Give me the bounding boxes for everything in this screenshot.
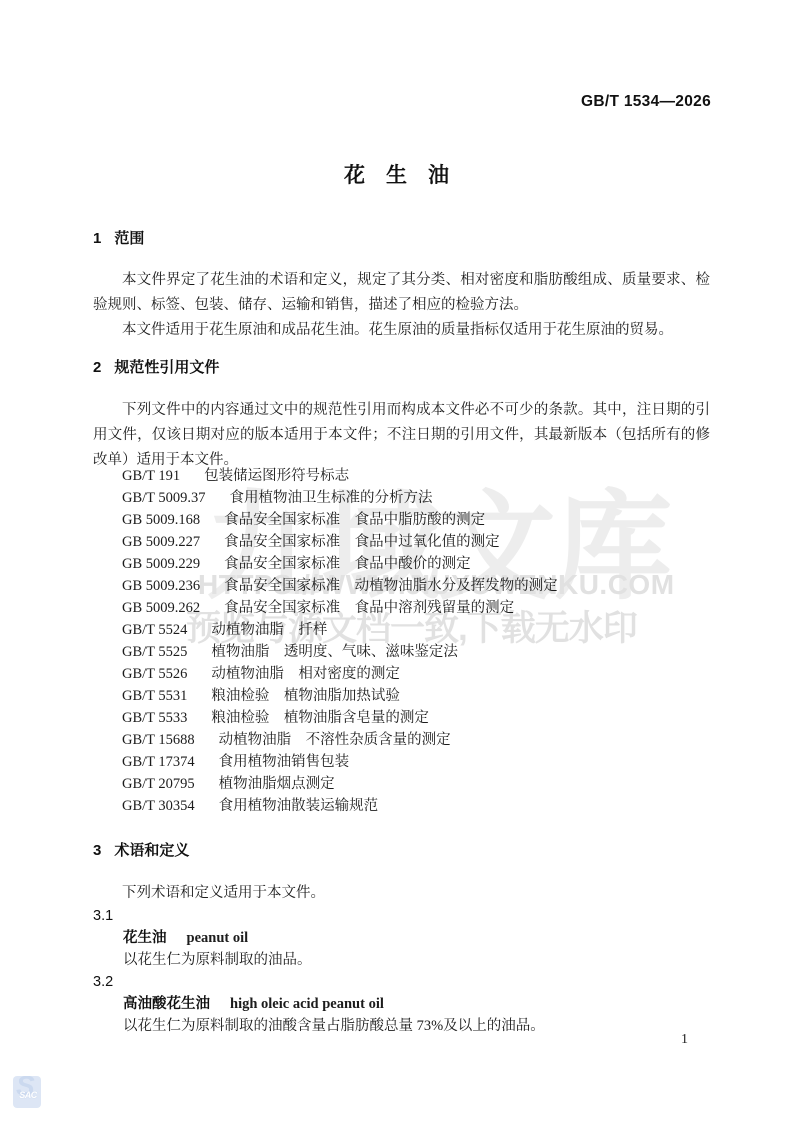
term-number: 3.1 (93, 905, 710, 927)
paragraph: 本文件适用于花生原油和成品花生油。花生原油的质量指标仅适用于花生原油的贸易。 (93, 318, 710, 343)
reference-code: GB/T 5531 (122, 688, 187, 704)
reference-title: 粮油检验 植物油脂加热试验 (211, 688, 400, 704)
section-heading-normative-references: 2规范性引用文件 (93, 357, 710, 379)
reference-code: GB/T 5524 (122, 622, 187, 638)
section-number: 1 (93, 230, 101, 247)
term-name-en: high oleic acid peanut oil (230, 996, 384, 1012)
reference-item: GB/T 5009.37食用植物油卫生标准的分析方法 (122, 487, 710, 509)
reference-code: GB 5009.229 (122, 556, 200, 572)
document-body: 1范围 本文件界定了花生油的术语和定义，规定了其分类、相对密度和脂肪酸组成、质量… (93, 0, 710, 1037)
reference-title: 食用植物油销售包装 (219, 754, 350, 770)
section-title: 范围 (114, 230, 144, 247)
term-definition: 以花生仁为原料制取的油酸含量占脂肪酸总量 73%及以上的油品。 (93, 1015, 710, 1037)
reference-item: GB/T 5524动植物油脂 扦样 (122, 619, 710, 641)
reference-item: GB/T 5525植物油脂 透明度、气味、滋味鉴定法 (122, 641, 710, 663)
reference-code: GB/T 5533 (122, 710, 187, 726)
reference-item: GB/T 5531粮油检验 植物油脂加热试验 (122, 685, 710, 707)
paragraph: 下列文件中的内容通过文中的规范性引用而构成本文件必不可少的条款。其中，注日期的引… (93, 398, 710, 473)
reference-title: 食品安全国家标准 食品中溶剂残留量的测定 (224, 600, 514, 616)
reference-code: GB/T 5525 (122, 644, 187, 660)
reference-title: 食品安全国家标准 食品中酸价的测定 (224, 556, 471, 572)
reference-title: 动植物油脂 扦样 (211, 622, 327, 638)
reference-item: GB 5009.168食品安全国家标准 食品中脂肪酸的测定 (122, 509, 710, 531)
term-line: 高油酸花生油high oleic acid peanut oil (93, 993, 710, 1015)
section-heading-terms-definitions: 3术语和定义 (93, 840, 710, 862)
sac-logo: S SAC (13, 1076, 41, 1108)
reference-title: 粮油检验 植物油脂含皂量的测定 (211, 710, 429, 726)
reference-title: 食用植物油散装运输规范 (219, 798, 379, 814)
reference-code: GB/T 5526 (122, 666, 187, 682)
reference-code: GB 5009.262 (122, 600, 200, 616)
reference-title: 动植物油脂 相对密度的测定 (211, 666, 400, 682)
section-number: 3 (93, 842, 101, 859)
reference-title: 动植物油脂 不溶性杂质含量的测定 (219, 732, 451, 748)
term-name-zh: 高油酸花生油 (123, 996, 210, 1012)
term-block: 3.2 高油酸花生油high oleic acid peanut oil 以花生… (93, 971, 710, 1037)
reference-code: GB/T 5009.37 (122, 490, 206, 506)
term-block: 3.1 花生油peanut oil 以花生仁为原料制取的油品。 (93, 905, 710, 971)
term-name-zh: 花生油 (123, 930, 167, 946)
reference-code: GB/T 20795 (122, 776, 195, 792)
document-page: 九域文库 HTTPS://WWW.JIUYUWENKU.COM 预览与源文档一致… (0, 0, 793, 1122)
section-title: 术语和定义 (114, 842, 189, 859)
reference-item: GB/T 20795植物油脂烟点测定 (122, 773, 710, 795)
term-name-en: peanut oil (187, 930, 249, 946)
reference-code: GB/T 191 (122, 468, 180, 484)
reference-item: GB/T 5526动植物油脂 相对密度的测定 (122, 663, 710, 685)
reference-title: 包装储运图形符号标志 (204, 468, 349, 484)
reference-code: GB 5009.227 (122, 534, 200, 550)
term-definition: 以花生仁为原料制取的油品。 (93, 949, 710, 971)
section-heading-scope: 1范围 (93, 228, 710, 250)
reference-code: GB 5009.168 (122, 512, 200, 528)
reference-item: GB/T 191包装储运图形符号标志 (122, 465, 710, 487)
reference-item: GB/T 5533粮油检验 植物油脂含皂量的测定 (122, 707, 710, 729)
reference-code: GB 5009.236 (122, 578, 200, 594)
reference-item: GB 5009.236食品安全国家标准 动植物油脂水分及挥发物的测定 (122, 575, 710, 597)
reference-item: GB/T 30354食用植物油散装运输规范 (122, 795, 710, 817)
term-line: 花生油peanut oil (93, 927, 710, 949)
reference-item: GB/T 15688动植物油脂 不溶性杂质含量的测定 (122, 729, 710, 751)
reference-title: 植物油脂 透明度、气味、滋味鉴定法 (211, 644, 458, 660)
section-number: 2 (93, 359, 101, 376)
reference-title: 食用植物油卫生标准的分析方法 (230, 490, 433, 506)
reference-title: 食品安全国家标准 食品中脂肪酸的测定 (224, 512, 485, 528)
reference-code: GB/T 17374 (122, 754, 195, 770)
standard-code: GB/T 1534—2026 (581, 93, 711, 111)
reference-item: GB 5009.262食品安全国家标准 食品中溶剂残留量的测定 (122, 597, 710, 619)
reference-item: GB 5009.229食品安全国家标准 食品中酸价的测定 (122, 553, 710, 575)
reference-item: GB/T 17374食用植物油销售包装 (122, 751, 710, 773)
reference-item: GB 5009.227食品安全国家标准 食品中过氧化值的测定 (122, 531, 710, 553)
document-title: 花 生 油 (0, 159, 793, 189)
paragraph: 本文件界定了花生油的术语和定义，规定了其分类、相对密度和脂肪酸组成、质量要求、检… (93, 268, 710, 318)
references-list: GB/T 191包装储运图形符号标志 GB/T 5009.37食用植物油卫生标准… (93, 465, 710, 817)
page-number: 1 (681, 1032, 688, 1048)
section-title: 规范性引用文件 (114, 359, 219, 376)
terms-list: 3.1 花生油peanut oil 以花生仁为原料制取的油品。 3.2 高油酸花… (93, 905, 710, 1037)
term-number: 3.2 (93, 971, 710, 993)
reference-title: 食品安全国家标准 动植物油脂水分及挥发物的测定 (224, 578, 558, 594)
reference-code: GB/T 15688 (122, 732, 195, 748)
reference-title: 食品安全国家标准 食品中过氧化值的测定 (224, 534, 500, 550)
sac-logo-text: SAC (14, 1090, 41, 1100)
reference-code: GB/T 30354 (122, 798, 195, 814)
reference-title: 植物油脂烟点测定 (219, 776, 335, 792)
paragraph: 下列术语和定义适用于本文件。 (93, 882, 710, 905)
